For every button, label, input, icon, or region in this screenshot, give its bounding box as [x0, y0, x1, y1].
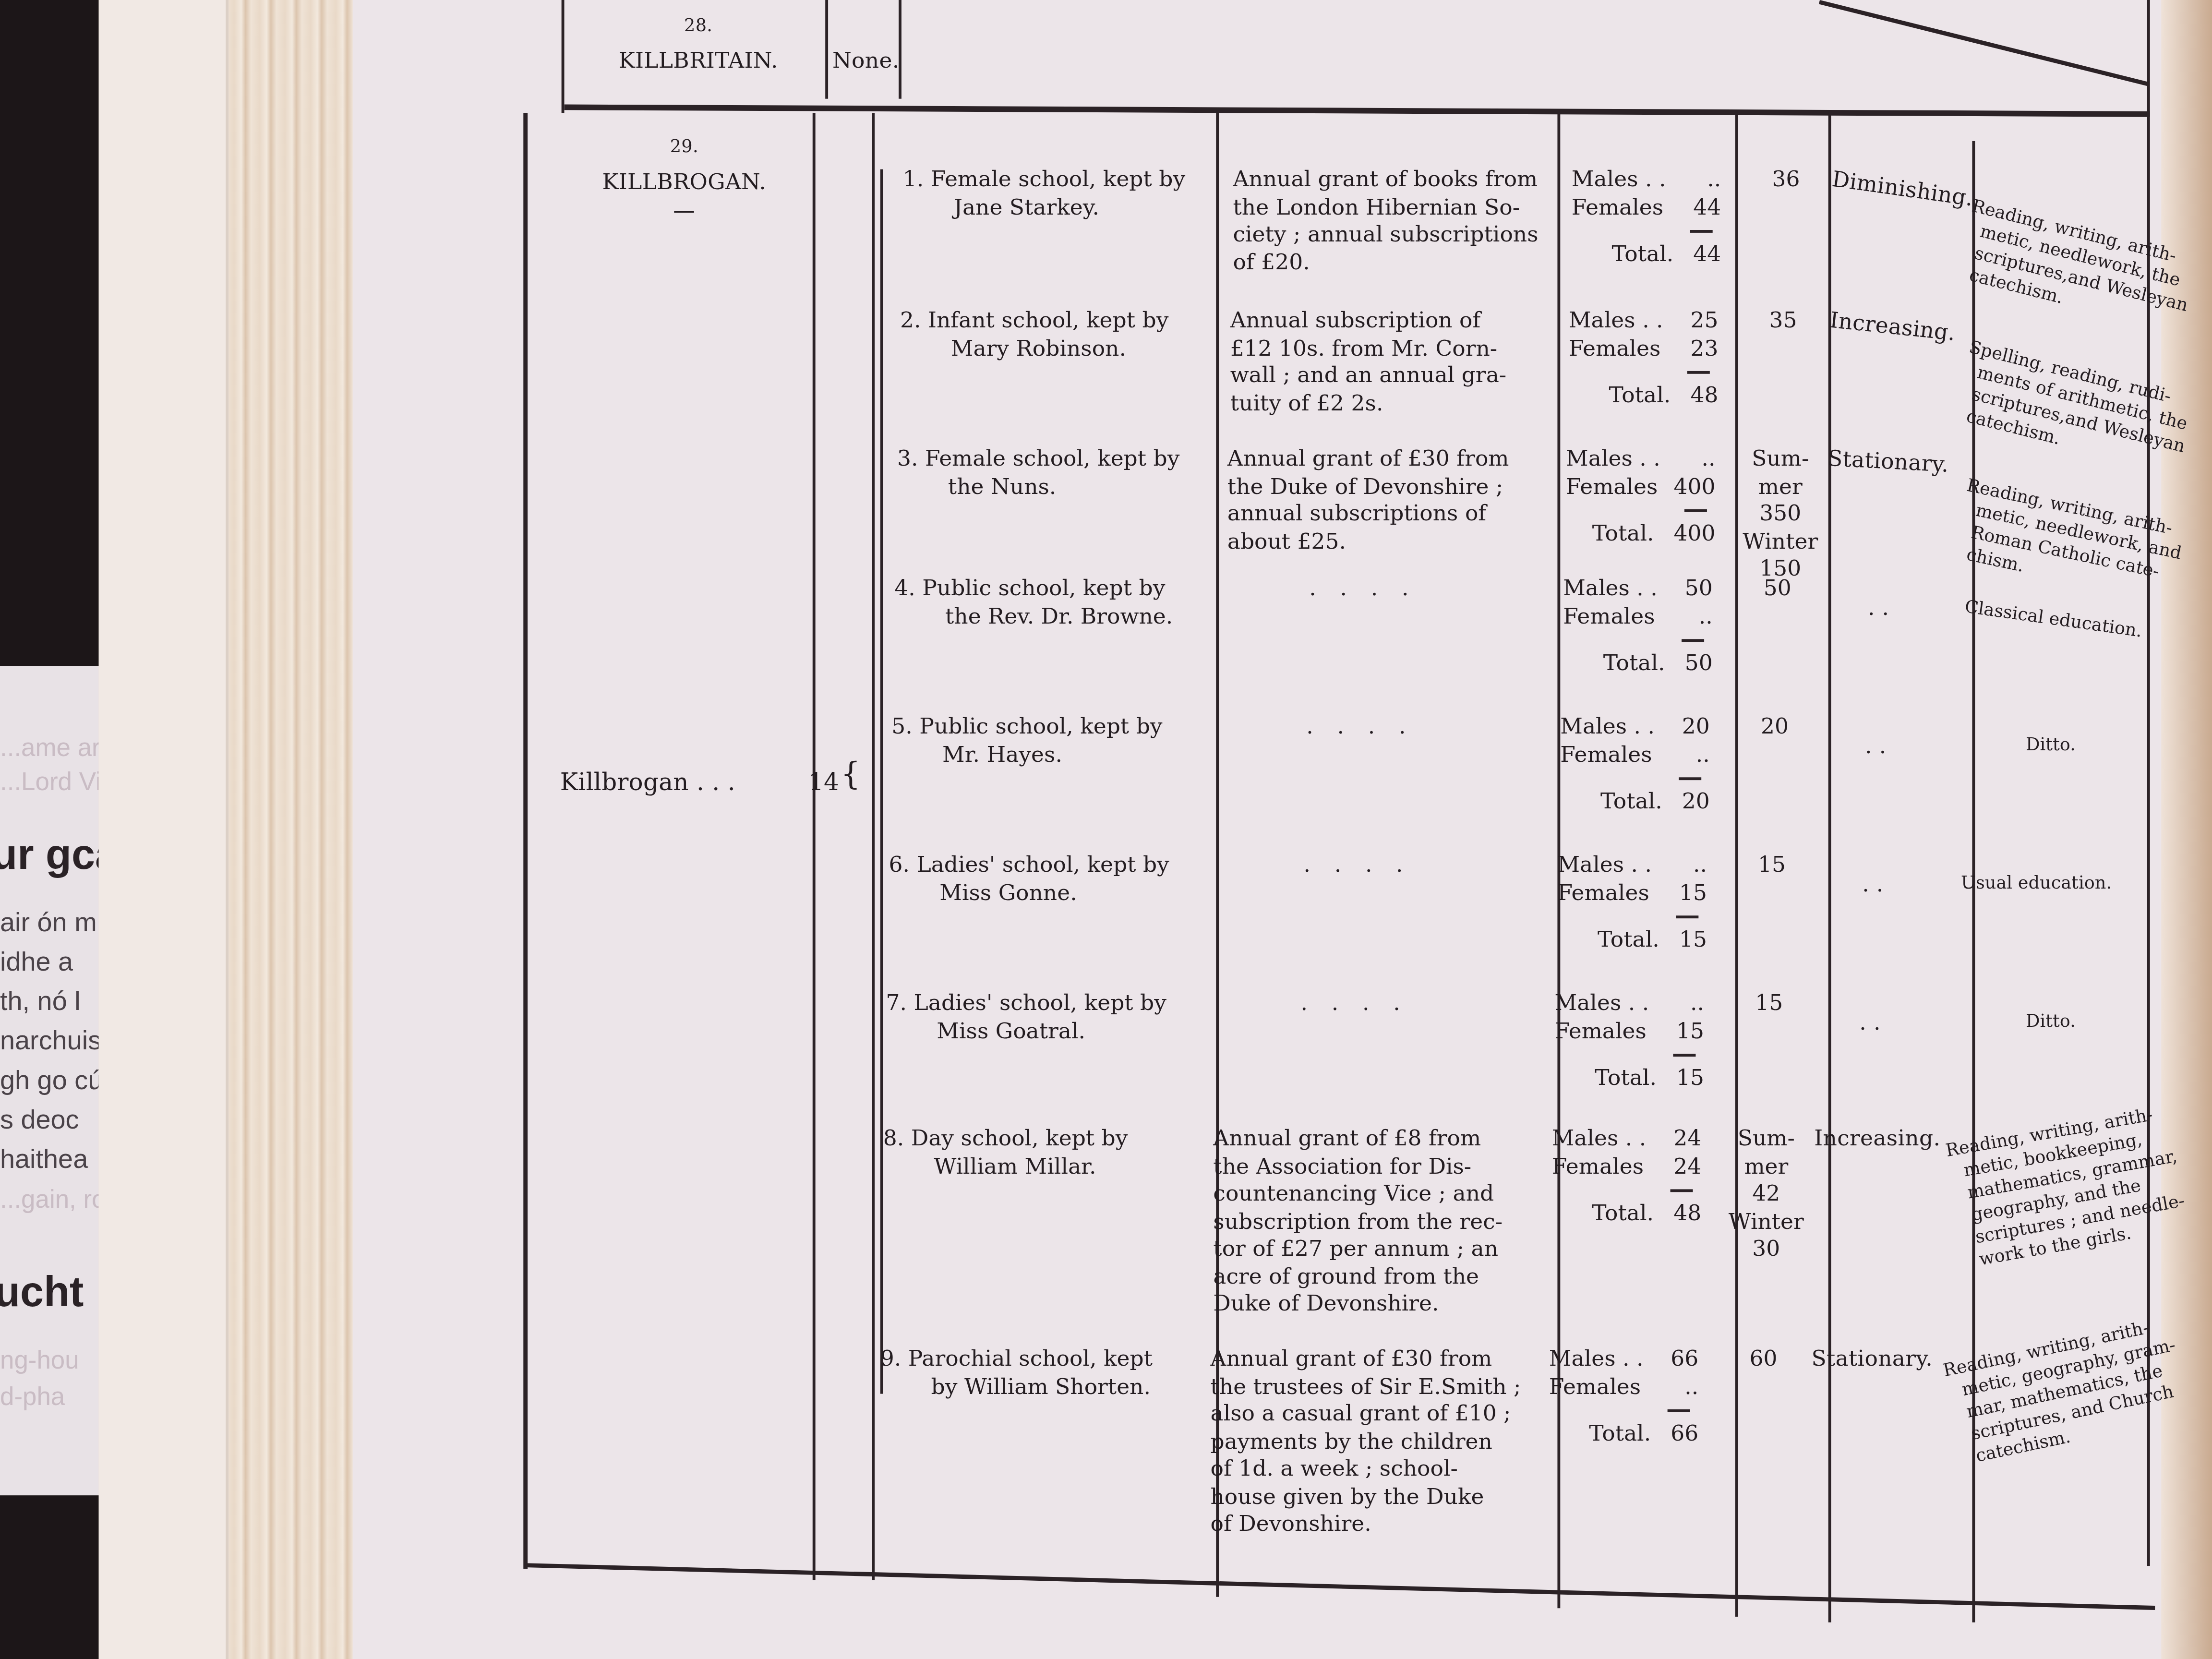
females-label: Females: [1563, 603, 1655, 630]
bg-body-line: air ón m: [0, 909, 97, 940]
total-count: 15: [1679, 927, 1707, 954]
school-support: . . . .: [1222, 714, 1414, 741]
males-count: ..: [1693, 852, 1707, 879]
support-ellipsis: . . . .: [1219, 852, 1411, 879]
support-line: £12 10s. from Mr. Corn-: [1230, 335, 1507, 362]
description-line: Mr. Hayes.: [891, 741, 1162, 769]
brace-bracket: [880, 169, 883, 1394]
instruction-line: Ditto.: [2026, 1010, 2076, 1033]
school-description: 6. Ladies' school, kept byMiss Gonne.: [889, 852, 1169, 907]
attendance: Sum-mer42Winter30: [1724, 1126, 1808, 1263]
school-support: Annual grant of books fromthe London Hib…: [1233, 167, 1539, 276]
description-line: Miss Goatral.: [886, 1018, 1166, 1045]
school-state: Increasing.: [1814, 1126, 1940, 1153]
bg-body-line: narchuis: [0, 1027, 101, 1058]
females-label: Females: [1566, 473, 1658, 501]
attendance-line: 35: [1741, 308, 1825, 335]
book-outer-pages: [99, 0, 228, 1659]
females-label: Females: [1557, 879, 1649, 907]
support-line: also a casual grant of £10 ;: [1210, 1401, 1521, 1428]
total-label: Total.: [1592, 520, 1654, 548]
support-line: ciety ; annual subscriptions: [1233, 221, 1539, 249]
total-count: 50: [1685, 650, 1713, 678]
description-line: 9. Parochial school, kept: [880, 1346, 1153, 1373]
description-line: 2. Infant school, kept by: [900, 308, 1168, 335]
description-line: 7. Ladies' school, kept by: [886, 990, 1166, 1018]
attendance-line: 30: [1724, 1236, 1808, 1263]
enrollment: Males . ... Females15 Total.15: [1555, 990, 1705, 1093]
bg-body-line: idhe a: [0, 948, 73, 979]
support-line: Duke of Devonshire.: [1213, 1291, 1503, 1318]
females-label: Females: [1560, 741, 1652, 769]
females-count: 23: [1690, 335, 1718, 362]
sum-rule: [1687, 371, 1710, 374]
school-description: 1. Female school, kept byJane Starkey.: [903, 167, 1185, 222]
attendance: 50: [1735, 576, 1820, 603]
sum-rule: [1671, 1189, 1693, 1192]
total-label: Total.: [1595, 1065, 1657, 1093]
school-description: 5. Public school, kept byMr. Hayes.: [891, 714, 1162, 769]
attendance-line: 60: [1721, 1346, 1805, 1373]
support-line: of £20.: [1233, 249, 1539, 276]
table-border-left: [562, 0, 565, 113]
total-count: 66: [1671, 1420, 1698, 1448]
enrollment: Males . .66 Females.. Total.66: [1549, 1346, 1699, 1448]
description-line: the Rev. Dr. Browne.: [894, 603, 1173, 630]
parish-name: KILLBRITAIN.: [571, 48, 825, 75]
attendance-line: Winter: [1724, 1208, 1808, 1236]
attendance-line: 20: [1732, 714, 1817, 741]
table-border-left: [523, 113, 528, 1569]
enrollment: Males . .20 Females.. Total.20: [1560, 714, 1710, 816]
description-line: 5. Public school, kept by: [891, 714, 1162, 741]
attendance-line: 42: [1724, 1181, 1808, 1208]
description-line: William Millar.: [883, 1153, 1128, 1180]
females-count: 44: [1693, 194, 1721, 221]
females-count: 400: [1674, 473, 1716, 501]
total-label: Total.: [1611, 241, 1673, 269]
description-line: by William Shorten.: [880, 1373, 1153, 1401]
males-label: Males . .: [1563, 576, 1658, 603]
support-line: the Duke of Devonshire ;: [1227, 473, 1509, 501]
support-line: Annual grant of £8 from: [1213, 1126, 1503, 1153]
bg-faint-line: ...gain, ro: [0, 1185, 106, 1215]
support-ellipsis: . . . .: [1225, 576, 1417, 603]
instruction-line: Ditto.: [2026, 733, 2076, 756]
females-count: ..: [1684, 1373, 1698, 1401]
attendance: 60: [1721, 1346, 1805, 1373]
males-count: 50: [1685, 576, 1713, 603]
support-line: about £25.: [1227, 529, 1509, 556]
support-line: wall ; and an annual gra-: [1230, 362, 1507, 390]
females-count: 24: [1673, 1153, 1701, 1180]
support-line: tor of £27 per annum ; an: [1213, 1236, 1503, 1263]
description-line: 3. Female school, kept by: [897, 446, 1179, 473]
males-count: 25: [1690, 308, 1718, 335]
sum-rule: [1673, 1054, 1695, 1057]
support-line: Annual subscription of: [1230, 308, 1507, 335]
description-line: Jane Starkey.: [903, 194, 1185, 221]
support-line: the London Hibernian So-: [1233, 194, 1539, 221]
support-line: of 1d. a week ; school-: [1210, 1456, 1521, 1483]
total-count: 48: [1673, 1201, 1701, 1228]
attendance: 15: [1730, 852, 1814, 879]
school-support: Annual subscription of£12 10s. from Mr. …: [1230, 308, 1507, 418]
school-state: Stationary.: [1811, 1346, 1933, 1373]
parish-schools-none: None.: [832, 48, 900, 75]
females-count: ..: [1696, 741, 1710, 769]
attendance-line: mer: [1724, 1153, 1808, 1180]
total-count: 400: [1674, 520, 1716, 548]
attendance-line: 15: [1730, 852, 1814, 879]
males-count: ..: [1690, 990, 1704, 1018]
col-divider: [825, 0, 828, 99]
enrollment: Males . .25 Females23 Total.48: [1569, 308, 1719, 410]
females-label: Females: [1572, 194, 1663, 221]
instruction: Usual education.: [1961, 872, 2112, 894]
attendance-line: 50: [1735, 576, 1820, 603]
sum-rule: [1690, 230, 1713, 233]
description-line: 6. Ladies' school, kept by: [889, 852, 1169, 879]
description-line: 8. Day school, kept by: [883, 1126, 1128, 1153]
school-support: . . . .: [1219, 852, 1411, 879]
col-divider: [1828, 113, 1831, 1623]
bg-faint-line: ...Lord Vi: [0, 768, 101, 797]
bg-body-line: gh go cú: [0, 1067, 103, 1098]
school-state: . .: [1868, 595, 1889, 623]
description-line: Mary Robinson.: [900, 335, 1168, 362]
total-count: 48: [1690, 382, 1718, 409]
school-description: 2. Infant school, kept byMary Robinson.: [900, 308, 1168, 363]
bg-faint-line: d-pha: [0, 1382, 65, 1412]
support-line: Annual grant of books from: [1233, 167, 1539, 194]
support-line: of Devonshire.: [1210, 1511, 1521, 1538]
description-line: 4. Public school, kept by: [894, 576, 1173, 603]
description-line: Miss Gonne.: [889, 879, 1169, 907]
enrollment: Males . .24 Females24 Total.48: [1552, 1126, 1702, 1228]
attendance: 20: [1732, 714, 1817, 741]
support-line: the Association for Dis-: [1213, 1153, 1503, 1180]
attendance-line: mer: [1738, 473, 1823, 501]
parish-name: KILLBROGAN.: [565, 169, 805, 197]
enrollment: Males . ... Females400 Total.400: [1566, 446, 1716, 548]
total-label: Total.: [1603, 650, 1665, 678]
school-support: Annual grant of £8 fromthe Association f…: [1213, 1126, 1503, 1318]
total-label: Total.: [1592, 1201, 1654, 1228]
support-line: house given by the Duke: [1210, 1483, 1521, 1511]
bg-faint-line: ng-hou: [0, 1346, 79, 1376]
males-label: Males . .: [1560, 714, 1655, 741]
support-line: Annual grant of £30 from: [1227, 446, 1509, 473]
school-description: 8. Day school, kept byWilliam Millar.: [883, 1126, 1128, 1181]
support-line: countenancing Vice ; and: [1213, 1181, 1503, 1208]
support-ellipsis: . . . .: [1222, 714, 1414, 741]
males-label: Males . .: [1569, 308, 1663, 335]
females-label: Females: [1569, 335, 1660, 362]
attendance-line: 36: [1743, 167, 1828, 194]
school-state: . .: [1862, 872, 1883, 899]
description-line: the Nuns.: [897, 473, 1179, 501]
attendance-line: Sum-: [1738, 446, 1823, 473]
col-divider: [872, 113, 875, 1580]
males-label: Males . .: [1552, 1126, 1647, 1153]
total-label: Total.: [1598, 927, 1659, 954]
bg-faint-line: ...ame are: [0, 733, 114, 763]
enrollment: Males . ... Females44 Total.44: [1572, 167, 1721, 269]
bg-body-line: s deoc: [0, 1106, 79, 1137]
school-state: . .: [1865, 733, 1886, 761]
support-line: subscription from the rec-: [1213, 1208, 1503, 1236]
parish-number: 29.: [578, 132, 790, 160]
school-support: . . . .: [1216, 990, 1408, 1018]
instruction: Ditto.: [2026, 733, 2076, 756]
support-line: payments by the children: [1210, 1429, 1521, 1456]
photo-stage: ...ame are ...Lord Vi ur gca air ón m id…: [0, 0, 2212, 1659]
sum-rule: [1679, 777, 1701, 780]
attendance: Sum-mer350Winter150: [1738, 446, 1823, 584]
total-label: Total.: [1609, 382, 1671, 409]
total-count: 44: [1693, 241, 1721, 269]
school-description: 3. Female school, kept bythe Nuns.: [897, 446, 1179, 501]
sum-rule: [1676, 915, 1698, 918]
school-support: Annual grant of £30 fromthe Duke of Devo…: [1227, 446, 1509, 556]
total-count: 20: [1682, 789, 1710, 816]
attendance: 36: [1743, 167, 1828, 194]
males-count: 24: [1673, 1126, 1701, 1153]
males-count: ..: [1702, 446, 1716, 473]
support-line: Annual grant of £30 from: [1210, 1346, 1521, 1373]
school-support: . . . .: [1225, 576, 1417, 603]
school-description: 7. Ladies' school, kept byMiss Goatral.: [886, 990, 1166, 1046]
males-count: 20: [1682, 714, 1710, 741]
males-label: Males . .: [1572, 167, 1666, 194]
brace-icon: {: [841, 762, 861, 789]
sum-rule: [1684, 509, 1707, 512]
females-count: 15: [1676, 1018, 1704, 1045]
enrollment: Males . .50 Females.. Total.50: [1563, 576, 1713, 678]
instruction: Ditto.: [2026, 1010, 2076, 1033]
locality-name: Killbrogan . . .: [560, 770, 735, 798]
col-divider: [813, 113, 816, 1580]
parish-dash: —: [578, 197, 790, 225]
sum-rule: [1682, 639, 1704, 642]
school-count: 14: [808, 770, 839, 798]
males-count: 66: [1671, 1346, 1698, 1373]
support-ellipsis: . . . .: [1216, 990, 1408, 1018]
males-count: ..: [1707, 167, 1721, 194]
school-state: . .: [1859, 1010, 1880, 1037]
total-count: 15: [1676, 1065, 1704, 1093]
support-line: annual subscriptions of: [1227, 501, 1509, 528]
school-description: 4. Public school, kept bythe Rev. Dr. Br…: [894, 576, 1173, 631]
attendance-line: Sum-: [1724, 1126, 1808, 1153]
total-label: Total.: [1600, 789, 1662, 816]
females-label: Females: [1549, 1373, 1641, 1401]
sum-rule: [1668, 1409, 1690, 1412]
bg-heading: ucht: [0, 1270, 84, 1318]
females-count: 15: [1679, 879, 1707, 907]
males-label: Males . .: [1555, 990, 1649, 1018]
males-label: Males . .: [1566, 446, 1660, 473]
instruction-line: Usual education.: [1961, 872, 2112, 894]
bg-body-line: th, nó l: [0, 987, 81, 1019]
support-line: tuity of £2 2s.: [1230, 390, 1507, 418]
attendance: 15: [1727, 990, 1811, 1018]
description-line: 1. Female school, kept by: [903, 167, 1185, 194]
bg-body-line: haithea: [0, 1145, 88, 1177]
school-description: 9. Parochial school, keptby William Shor…: [880, 1346, 1153, 1401]
attendance-line: 15: [1727, 990, 1811, 1018]
females-label: Females: [1552, 1153, 1644, 1180]
support-line: the trustees of Sir E.Smith ;: [1210, 1373, 1521, 1401]
enrollment: Males . ... Females15 Total.15: [1557, 852, 1707, 954]
attendance-line: 350: [1738, 501, 1823, 528]
parish-number: 28.: [592, 12, 804, 39]
school-support: Annual grant of £30 fromthe trustees of …: [1210, 1346, 1521, 1539]
females-label: Females: [1555, 1018, 1647, 1045]
support-line: acre of ground from the: [1213, 1263, 1503, 1291]
males-label: Males . .: [1557, 852, 1652, 879]
total-label: Total.: [1589, 1420, 1651, 1448]
females-count: ..: [1699, 603, 1713, 630]
attendance-line: Winter: [1738, 529, 1823, 556]
attendance: 35: [1741, 308, 1825, 335]
males-label: Males . .: [1549, 1346, 1644, 1373]
